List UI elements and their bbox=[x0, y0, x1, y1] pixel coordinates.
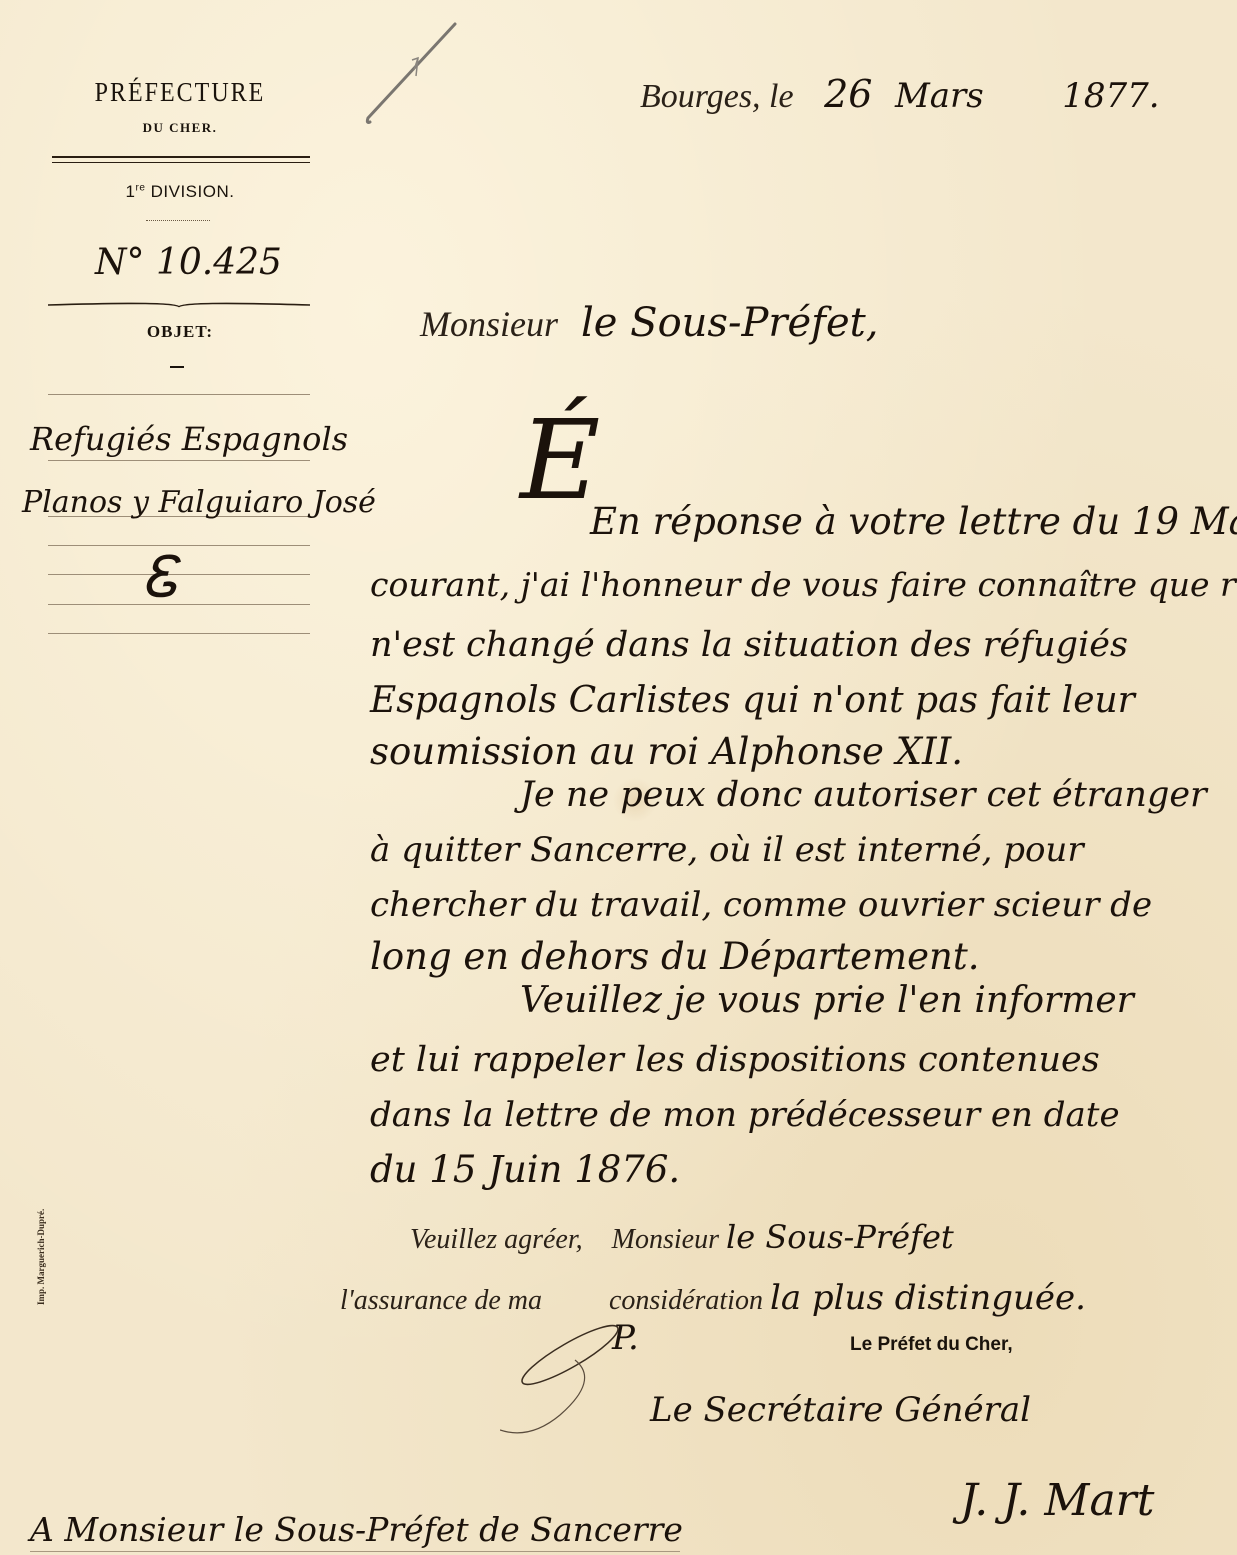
ruled-line bbox=[48, 394, 310, 395]
body-line-12: dans la lettre de mon prédécesseur en da… bbox=[370, 1095, 1120, 1135]
document-number: N° 10.425 bbox=[95, 242, 282, 283]
recipient-address: A Monsieur le Sous-Préfet de Sancerre bbox=[30, 1510, 683, 1549]
closing-line-2: l'assurance de ma considération la plus … bbox=[340, 1278, 1086, 1318]
initial-capital: É bbox=[520, 405, 600, 515]
prefet-label: Le Préfet du Cher, bbox=[850, 1334, 1013, 1356]
secretaire-general: Le Secrétaire Général bbox=[650, 1390, 1031, 1430]
date-place: Bourges, le bbox=[640, 78, 794, 115]
prefecture-subtitle: DU CHER. bbox=[60, 120, 300, 136]
body-line-5: soumission au roi Alphonse XII. bbox=[370, 730, 963, 773]
ruled-line bbox=[48, 633, 310, 634]
wavy-divider bbox=[146, 214, 210, 221]
body-line-1: En réponse à votre lettre du 19 Mars bbox=[590, 500, 1237, 543]
closing-sous-prefet: le Sous-Préfet bbox=[726, 1218, 954, 1256]
division-text: DIVISION. bbox=[151, 182, 235, 201]
division-number: 1 bbox=[126, 182, 136, 201]
objet-dash bbox=[170, 366, 184, 368]
swash-divider bbox=[48, 302, 310, 308]
closing-line-1: Veuillez agréer, Monsieur le Sous-Préfet bbox=[410, 1218, 954, 1256]
closing-consideration: considération bbox=[609, 1285, 763, 1316]
body-line-4: Espagnols Carlistes qui n'ont pas fait l… bbox=[370, 680, 1135, 721]
pencil-slash-mark bbox=[360, 18, 470, 128]
date-day: 26 bbox=[824, 72, 872, 116]
objet-mark: Ꮛ bbox=[142, 545, 177, 611]
closing-assurance: l'assurance de ma bbox=[340, 1285, 542, 1316]
body-line-6: Je ne peux donc autoriser cet étranger bbox=[520, 775, 1207, 815]
salutation-handwritten: le Sous-Préfet, bbox=[581, 300, 878, 346]
body-line-2: courant, j'ai l'honneur de vous faire co… bbox=[370, 565, 1237, 604]
header-divider bbox=[52, 156, 310, 163]
address-underline bbox=[30, 1551, 680, 1552]
closing-distinguee: la plus distinguée. bbox=[770, 1278, 1086, 1318]
ruled-line bbox=[48, 545, 310, 546]
date-year: 1877. bbox=[1062, 76, 1159, 116]
body-line-11: et lui rappeler les dispositions contenu… bbox=[370, 1040, 1100, 1080]
salutation-printed: Monsieur bbox=[420, 304, 558, 344]
printer-imprint: Imp. Marguerich-Dupré. bbox=[36, 1209, 46, 1305]
salutation: Monsieur le Sous-Préfet, bbox=[420, 300, 878, 346]
ruled-line bbox=[48, 574, 310, 575]
body-line-8: chercher du travail, comme ouvrier scieu… bbox=[370, 885, 1152, 925]
date-month: Mars bbox=[895, 76, 984, 116]
body-line-3: n'est changé dans la situation des réfug… bbox=[370, 625, 1128, 665]
signature: J. J. Mart bbox=[960, 1475, 1154, 1526]
ruled-line bbox=[48, 604, 310, 605]
body-line-7: à quitter Sancerre, où il est interné, p… bbox=[370, 830, 1084, 870]
objet-line-2: Planos y Falguiaro José bbox=[22, 485, 376, 520]
closing-veuillez: Veuillez agréer, bbox=[410, 1224, 583, 1255]
division-suffix: re bbox=[135, 182, 145, 193]
prefecture-title: PRÉFECTURE bbox=[60, 78, 300, 109]
objet-line-1: Refugiés Espagnols bbox=[30, 420, 348, 458]
body-line-9: long en dehors du Département. bbox=[370, 935, 979, 978]
objet-label: OBJET: bbox=[60, 322, 300, 342]
body-line-13: du 15 Juin 1876. bbox=[370, 1148, 680, 1191]
ruled-line bbox=[48, 460, 310, 461]
dateline: Bourges, le 26 Mars 1877. bbox=[640, 72, 1160, 116]
division-label: 1re DIVISION. bbox=[60, 182, 300, 202]
body-line-10: Veuillez je vous prie l'en informer bbox=[520, 980, 1134, 1021]
closing-monsieur: Monsieur bbox=[612, 1224, 719, 1255]
